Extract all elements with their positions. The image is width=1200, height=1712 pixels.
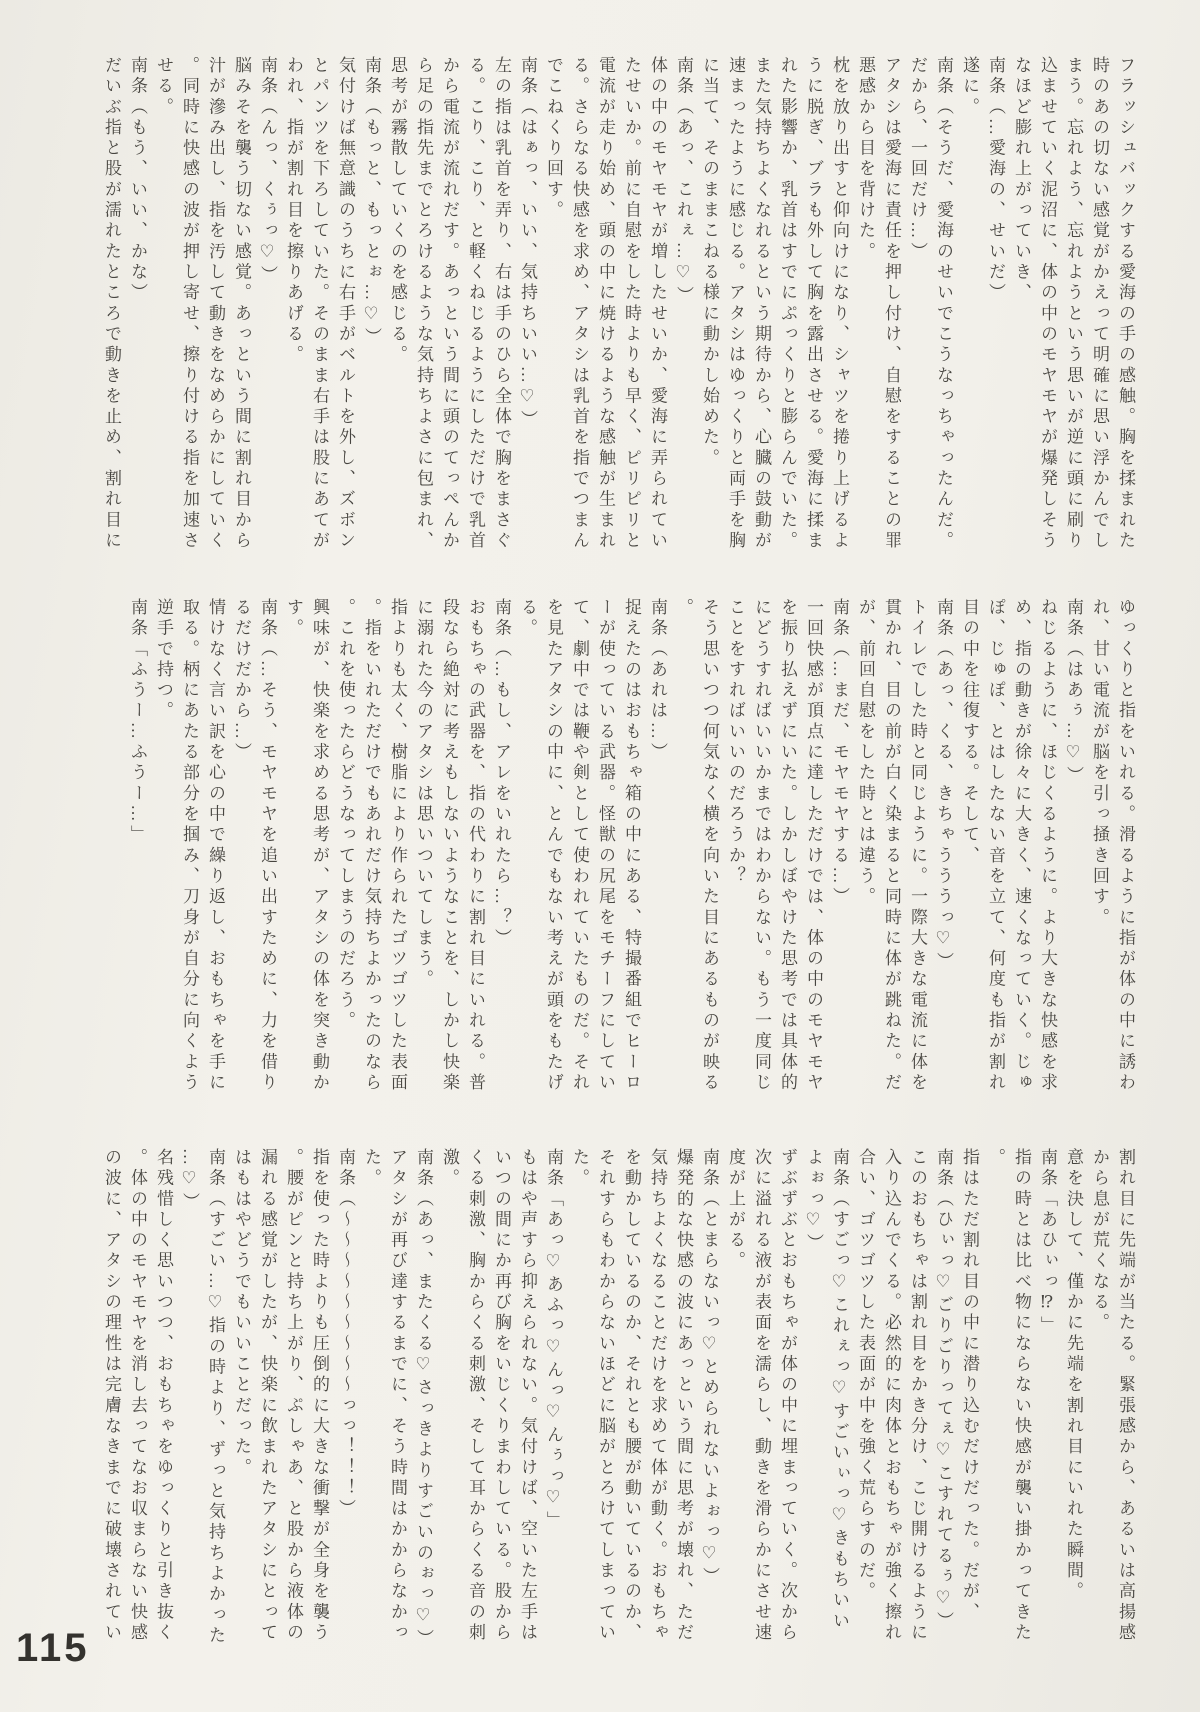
paragraph: ゆっくりと指をいれる。滑るように指が体の中に誘われ、甘い電流が脳を引っ掻き回す。 (1086, 598, 1138, 1104)
paragraph: 遂に。 (956, 56, 982, 562)
paragraph: ねじるように、ほじくるように。より大きな快感を求め、指の動きが徐々に大きく、速く… (956, 598, 1060, 1104)
paragraph: 気付けば無意識のうちに右手がベルトを外し、ズボンとパンツを下ろしていた。そのまま… (280, 56, 358, 562)
scanned-page: フラッシュバックする愛海の手の感触。胸を揉まれた時のあの切ない感覚がかえって明確… (0, 0, 1200, 1712)
paragraph: アタシが再び達するまでに、そう時間はかからなかった。 (358, 1148, 410, 1648)
paragraph: 体の中のモヤモヤが増したせいか、愛海に弄られていたせいか。前に自慰をした時よりも… (540, 56, 670, 562)
paragraph: 南条（んっ、くぅっ♡） (254, 56, 280, 562)
paragraph: 南条（…愛海の、せいだ） (982, 56, 1008, 562)
paragraph: もはや声すら抑えられない。気付けば、空いた左手はいつの間にか再び胸をいじくりまわ… (436, 1148, 540, 1648)
paragraph: 南条（すごっ♡これぇっ♡すごいぃっ♡きもちいいよぉっ♡） (800, 1148, 852, 1648)
paragraph: 意を決して、僅かに先端を割れ目にいれた瞬間。 (1060, 1148, 1086, 1648)
paragraph: 南条（あっ、これぇ…♡） (670, 56, 696, 562)
paragraph: 南条（ひぃっ♡ごりごりってぇ♡こすれてるぅ♡） (930, 1148, 956, 1648)
paragraph: 南条（…そう、モヤモヤを追い出すために、力を借りるだけだから…） (228, 598, 280, 1104)
paragraph: このおもちゃは割れ目をかき分け、こじ開けるように入り込んでくる。必然的に肉体とお… (852, 1148, 930, 1648)
paragraph: 南条（とまらないっ♡とめられないよぉっ♡） (696, 1148, 722, 1648)
paragraph: アタシは愛海に責任を押し付け、自慰をすることの罪悪感から目を背けた。 (852, 56, 904, 562)
paragraph: 指の時とは比べ物にならない快感が襲い掛かってきた。 (982, 1148, 1034, 1648)
paragraph: トイレでした時と同じように。一際大きな電流に体を貫かれ、目の前が白く染まると同時… (852, 598, 930, 1104)
paragraph: 名残惜しく思いつつ、おもちゃをゆっくりと引き抜く。体の中のモヤモヤを消し去ってな… (98, 1148, 176, 1648)
paragraph: 指はただ割れ目の中に潜り込むだけだった。だが、 (956, 1148, 982, 1648)
paragraph: 割れ目に先端が当たる。緊張感から、あるいは高揚感から息が荒くなる。 (1086, 1148, 1138, 1648)
paragraph: ずぶずぶとおもちゃが体の中に埋まっていく。次から次に溢れる液が表面を濡らし、動き… (722, 1148, 800, 1648)
text-block-middle: ゆっくりと指をいれる。滑るように指が体の中に誘われ、甘い電流が脳を引っ掻き回す。… (124, 598, 1138, 1104)
paragraph: 南条（あれは…） (644, 598, 670, 1104)
paragraph: 南条（すごい…♡指の時より、ずっと気持ちよかった…♡） (176, 1148, 228, 1648)
paragraph: 爆発的な快感の波にあっという間に思考が壊れ、ただ気持ちよくなることだけを求めて体… (566, 1148, 696, 1648)
paragraph: そう思いつつ何気なく横を向いた目にあるものが映る。 (670, 598, 722, 1104)
paragraph: おもちゃの武器を、指の代わりに割れ目にいれる。普段なら絶対に考えもしないようなこ… (410, 598, 488, 1104)
text-block-bottom: 割れ目に先端が当たる。緊張感から、あるいは高揚感から息が荒くなる。意を決して、僅… (98, 1148, 1138, 1648)
paragraph: 南条「あひぃっ⁉」 (1034, 1148, 1060, 1648)
paragraph: 南条（…まだ、モヤモヤする…） (826, 598, 852, 1104)
paragraph: 左の指は乳首を弄り、右は手のひら全体で胸をまさぐる。こり、こり、と軽くねじるよう… (384, 56, 514, 562)
paragraph: だいぶ指と股が濡れたところで動きを止め、割れ目に (98, 56, 124, 562)
paragraph: フラッシュバックする愛海の手の感触。胸を揉まれた時のあの切ない感覚がかえって明確… (1008, 56, 1138, 562)
paragraph: 南条（あっ、またくる♡さっきよりすごいのぉっ♡） (410, 1148, 436, 1648)
paragraph: 脳みそを襲う切ない感覚。あっという間に割れ目から汁が滲み出し、指を汚して動きをな… (150, 56, 254, 562)
paragraph: 捉えたのはおもちゃ箱の中にある、特撮番組でヒーローが使っている武器。怪獣の尻尾を… (514, 598, 644, 1104)
paragraph: 一回快感が頂点に達しただけでは、体の中のモヤモヤを振り払えずにいた。しかしぼやけ… (722, 598, 826, 1104)
paragraph: 指よりも太く、樹脂により作られたゴツゴツした表面。指をいれただけでもあれだけ気持… (332, 598, 410, 1104)
paragraph: 南条（そうだ、愛海のせいでこうなっちゃったんだ。だから、一回だけ…） (904, 56, 956, 562)
paragraph: 南条「あっ♡あふっ♡んっ♡んぅっ♡」 (540, 1148, 566, 1648)
paragraph: 南条「ふうー…ふうー…」 (124, 598, 150, 1104)
paragraph: 南条（あっ、くる、きちゃうううっ♡） (930, 598, 956, 1104)
paragraph: 指を使った時よりも圧倒的に大きな衝撃が全身を襲う。腰がピンと持ち上がり、ぷしゃあ… (228, 1148, 332, 1648)
page-number: 115 (16, 1626, 90, 1671)
paragraph: 南条（はあぅ…♡） (1060, 598, 1086, 1104)
paragraph: 枕を放り出すと仰向けになり、シャツを捲り上げるように脱ぎ、ブラも外して胸を露出さ… (696, 56, 852, 562)
text-block-top: フラッシュバックする愛海の手の感触。胸を揉まれた時のあの切ない感覚がかえって明確… (98, 56, 1138, 562)
paragraph: 南条（もう、いい、かな） (124, 56, 150, 562)
paragraph: 興味が、快楽を求める思考が、アタシの体を突き動かす。 (280, 598, 332, 1104)
paragraph: 南条（はぁっ、いい、気持ちいい…♡） (514, 56, 540, 562)
paragraph: 情けなく言い訳を心の中で繰り返し、おもちゃを手に取る。柄にあたる部分を掴み、刀身… (150, 598, 228, 1104)
paragraph: 南条（〜〜〜〜〜〜〜〜〜っっ！！！） (332, 1148, 358, 1648)
paragraph: 南条（…もし、アレをいれたら…？） (488, 598, 514, 1104)
paragraph: 南条（もっと、もっとぉ…♡） (358, 56, 384, 562)
